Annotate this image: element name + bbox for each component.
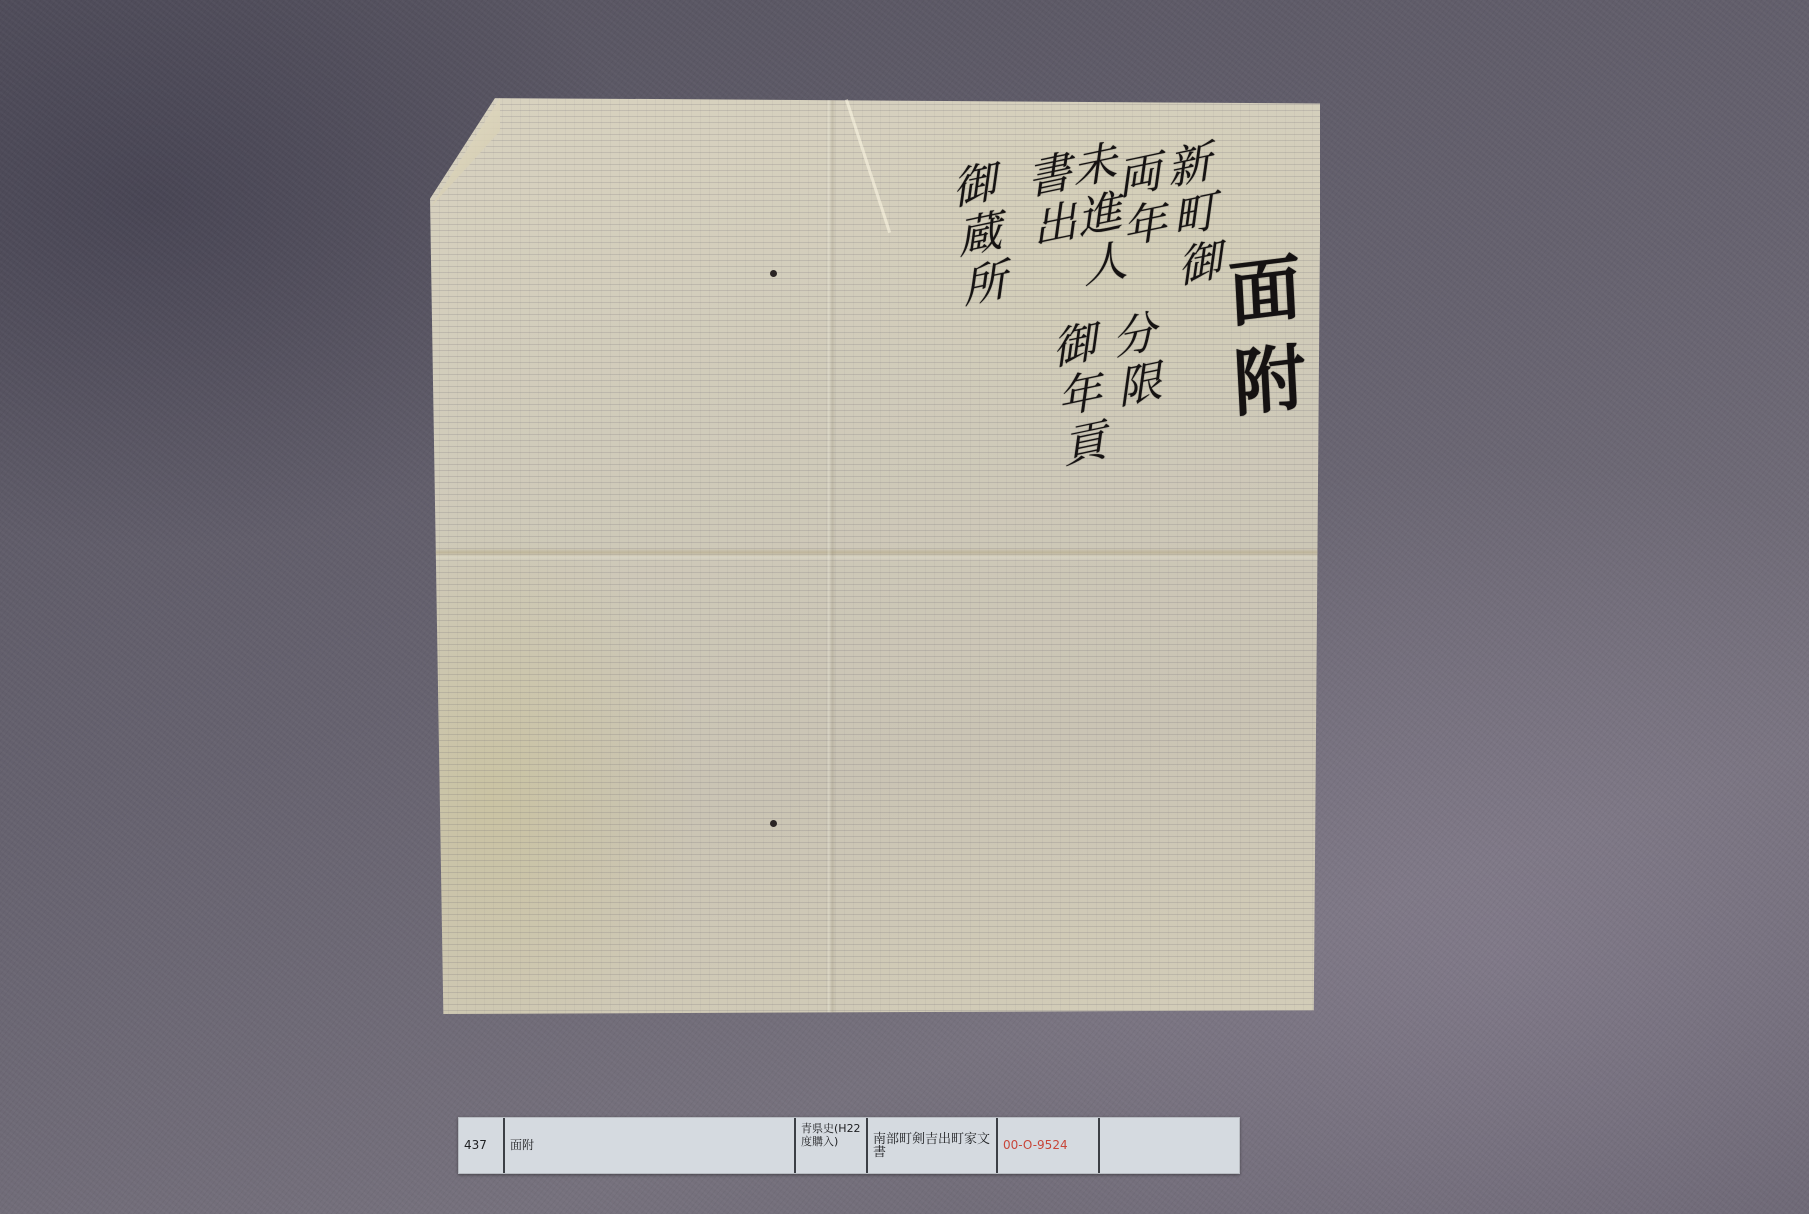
paper-spot [770, 820, 777, 827]
catalog-label: 437 面附 青県史(H22度購入) 南部町剣吉出町家文書 00-O-9524 [458, 1117, 1240, 1174]
label-source: 青県史(H22度購入) [796, 1118, 868, 1173]
label-number: 437 [459, 1118, 505, 1173]
paper-spot [770, 270, 777, 277]
label-blank-cell [1100, 1118, 1239, 1173]
label-id: 00-O-9524 [998, 1118, 1100, 1173]
document-line: 書出 [1010, 147, 1084, 259]
label-collection: 南部町剣吉出町家文書 [868, 1118, 998, 1173]
label-title: 面附 [505, 1118, 796, 1173]
